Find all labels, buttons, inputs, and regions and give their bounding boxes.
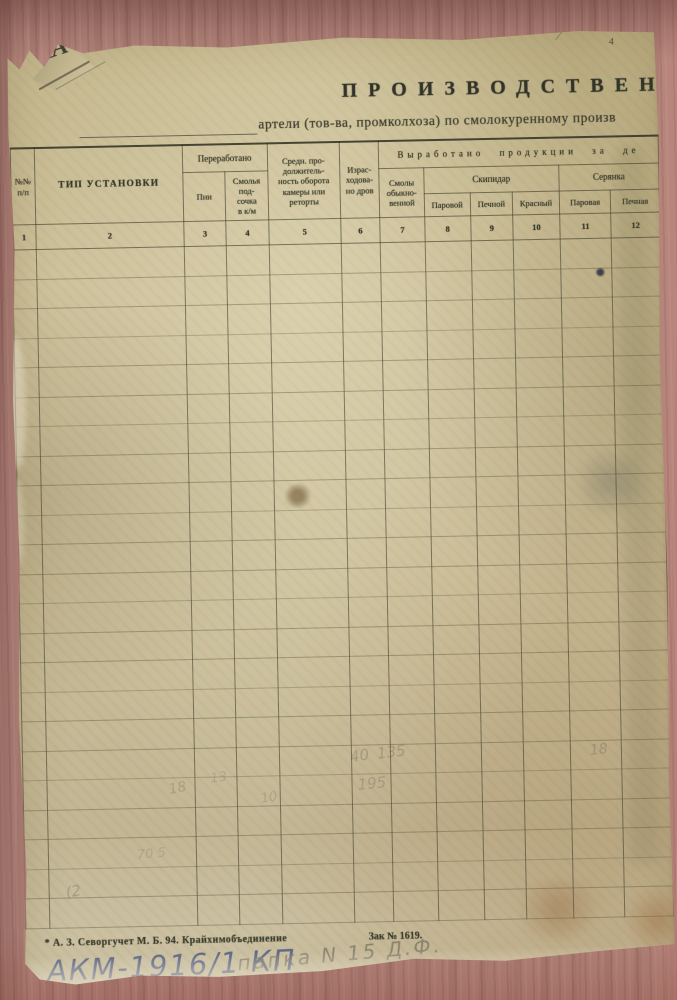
- body-cell: [480, 712, 523, 742]
- body-cell: [354, 862, 394, 892]
- body-cell: [343, 361, 383, 391]
- body-cell: [471, 240, 514, 270]
- body-cell: [25, 898, 50, 928]
- body-cell: [233, 569, 276, 599]
- body-cell: [187, 393, 230, 423]
- body-cell: [190, 570, 233, 600]
- body-cell: [15, 397, 40, 427]
- body-cell: [273, 450, 346, 481]
- body-cell: [43, 601, 191, 633]
- body-cell: [472, 299, 515, 329]
- body-cell: [353, 833, 393, 863]
- body-cell: [21, 662, 46, 692]
- body-cell: [46, 748, 194, 780]
- body-cell: [20, 633, 45, 663]
- body-cell: [572, 857, 624, 888]
- body-cell: [186, 364, 229, 394]
- body-cell: [269, 243, 342, 274]
- col-header-firewood: Израс- ходова- но дров: [339, 141, 380, 218]
- body-cell: [481, 741, 524, 771]
- body-cell: [484, 889, 527, 919]
- body-cell: [425, 241, 471, 271]
- body-cell: [432, 565, 478, 595]
- body-cell: [614, 355, 663, 385]
- body-cell: [615, 414, 664, 444]
- body-cell: [473, 358, 516, 388]
- body-cell: [612, 267, 661, 297]
- body-cell: [46, 718, 194, 750]
- body-cell: [18, 544, 43, 574]
- body-cell: [13, 309, 38, 339]
- body-cell: [392, 832, 437, 862]
- body-cell: [272, 420, 345, 451]
- body-cell: [433, 624, 479, 654]
- body-cell: [430, 477, 476, 507]
- body-cell: [482, 800, 525, 830]
- body-cell: [572, 828, 624, 859]
- body-cell: [562, 356, 614, 387]
- body-cell: [477, 535, 520, 565]
- body-cell: [563, 385, 615, 416]
- body-cell: [45, 689, 193, 721]
- body-cell: [41, 483, 189, 515]
- body-cell: [568, 651, 620, 682]
- body-cell: [571, 798, 623, 829]
- body-cell: [471, 269, 514, 299]
- body-cell: [348, 567, 388, 597]
- body-cell: [21, 692, 46, 722]
- body-cell: [518, 445, 565, 475]
- body-cell: [390, 714, 435, 744]
- body-cell: [560, 238, 612, 269]
- body-cell: [270, 302, 343, 333]
- table-body: [12, 237, 673, 928]
- body-cell: [382, 330, 427, 360]
- body-cell: [521, 622, 568, 652]
- body-cell: [387, 566, 432, 596]
- body-cell: [526, 888, 573, 918]
- body-cell: [478, 594, 521, 624]
- body-cell: [618, 561, 667, 591]
- body-cell: [516, 357, 563, 387]
- body-cell: [354, 892, 394, 922]
- body-cell: [37, 276, 185, 308]
- body-cell: [616, 473, 665, 503]
- body-cell: [277, 627, 350, 658]
- body-cell: [477, 564, 520, 594]
- body-cell: [384, 419, 429, 449]
- col-header-turpentine-oven: Печной: [470, 192, 513, 216]
- body-cell: [271, 361, 344, 392]
- body-cell: [232, 540, 275, 570]
- photo-of-document: 1А 4 ПРОИЗВОДСТВЕН артели (тов-ва, промк…: [0, 0, 677, 1000]
- body-cell: [385, 448, 430, 478]
- body-cell: [479, 653, 522, 683]
- body-cell: [281, 863, 354, 894]
- body-cell: [624, 856, 673, 886]
- body-cell: [228, 333, 271, 363]
- body-cell: [522, 652, 569, 682]
- body-cell: [435, 742, 481, 772]
- body-cell: [623, 797, 672, 827]
- form-title: ПРОИЗВОДСТВЕН: [341, 73, 665, 102]
- body-cell: [524, 770, 571, 800]
- body-cell: [520, 563, 567, 593]
- body-cell: [472, 328, 515, 358]
- body-cell: [40, 453, 188, 485]
- body-cell: [573, 887, 625, 918]
- body-cell: [432, 595, 478, 625]
- body-cell: [193, 718, 236, 748]
- body-cell: [525, 829, 572, 859]
- pencil-mark: 10: [260, 789, 279, 806]
- pencil-mark: 18: [589, 741, 608, 759]
- body-cell: [16, 427, 41, 457]
- body-cell: [275, 568, 348, 599]
- body-cell: [622, 738, 671, 768]
- body-cell: [565, 474, 617, 505]
- pencil-mark: (2: [64, 881, 83, 902]
- body-cell: [40, 424, 188, 456]
- body-cell: [188, 452, 231, 482]
- body-cell: [616, 443, 665, 473]
- col-header-number: №№ п/п: [10, 148, 36, 225]
- body-cell: [515, 328, 562, 358]
- body-cell: [349, 626, 389, 656]
- column-number: 2: [36, 222, 184, 250]
- body-cell: [350, 685, 390, 715]
- body-cell: [38, 335, 186, 367]
- body-cell: [566, 533, 618, 564]
- body-cell: [190, 541, 233, 571]
- body-cell: [429, 447, 475, 477]
- group-header-turpentine: Скипидар: [424, 165, 560, 194]
- body-cell: [391, 773, 436, 803]
- body-cell: [280, 774, 353, 805]
- body-cell: [393, 861, 438, 891]
- body-cell: [475, 476, 518, 506]
- body-cell: [346, 508, 386, 538]
- body-cell: [427, 359, 473, 389]
- body-cell: [428, 388, 474, 418]
- body-cell: [189, 482, 232, 512]
- group-header-seryanka: Серянка: [559, 163, 660, 191]
- body-cell: [280, 804, 353, 835]
- body-cell: [561, 297, 613, 328]
- body-cell: [393, 891, 438, 921]
- body-cell: [562, 326, 614, 357]
- body-cell: [388, 625, 433, 655]
- body-cell: [383, 360, 428, 390]
- body-cell: [438, 890, 484, 920]
- body-cell: [386, 507, 431, 537]
- body-cell: [435, 713, 481, 743]
- body-cell: [346, 479, 386, 509]
- body-cell: [238, 835, 281, 865]
- group-header-processed: Переработано: [182, 143, 268, 172]
- body-cell: [232, 510, 275, 540]
- body-cell: [385, 478, 430, 508]
- body-cell: [274, 479, 347, 510]
- body-cell: [430, 506, 476, 536]
- body-cell: [565, 503, 617, 534]
- body-cell: [480, 682, 523, 712]
- body-cell: [237, 746, 280, 776]
- body-cell: [19, 574, 44, 604]
- body-cell: [39, 365, 187, 397]
- body-cell: [43, 571, 191, 603]
- body-cell: [227, 245, 270, 275]
- body-cell: [513, 239, 560, 269]
- column-number: 6: [341, 218, 381, 244]
- body-cell: [437, 860, 483, 890]
- body-cell: [478, 623, 521, 653]
- body-cell: [271, 332, 344, 363]
- body-cell: [525, 799, 572, 829]
- body-cell: [270, 273, 343, 304]
- body-cell: [185, 305, 228, 335]
- col-header-turpentine-red: Красный: [512, 191, 559, 215]
- body-cell: [230, 392, 273, 422]
- pencil-mark: 13: [210, 770, 228, 787]
- body-cell: [229, 363, 272, 393]
- body-cell: [345, 449, 385, 479]
- body-cell: [620, 679, 669, 709]
- body-cell: [282, 892, 355, 923]
- body-cell: [519, 534, 566, 564]
- column-number: 7: [380, 217, 425, 243]
- body-cell: [386, 537, 431, 567]
- body-cell: [234, 599, 277, 629]
- body-cell: [274, 509, 347, 540]
- body-cell: [39, 394, 187, 426]
- body-cell: [277, 656, 350, 687]
- body-cell: [619, 620, 668, 650]
- body-cell: [234, 628, 277, 658]
- body-cell: [24, 839, 49, 869]
- body-cell: [343, 331, 383, 361]
- body-cell: [351, 715, 391, 745]
- body-cell: [526, 858, 573, 888]
- pencil-mark: 40: [349, 745, 371, 766]
- body-cell: [517, 416, 564, 446]
- body-cell: [429, 418, 475, 448]
- document-sheet: 1А 4 ПРОИЗВОДСТВЕН артели (тов-ва, промк…: [5, 27, 676, 988]
- body-cell: [561, 267, 613, 298]
- body-cell: [523, 740, 570, 770]
- page-number: 4: [608, 36, 614, 47]
- body-cell: [184, 275, 227, 305]
- body-cell: [613, 296, 662, 326]
- col-header-tar-ordinary: Смолы обыкно- венной: [379, 168, 425, 218]
- body-cell: [239, 864, 282, 894]
- body-cell: [625, 886, 674, 916]
- body-cell: [42, 512, 190, 544]
- col-header-cycle-duration: Средн. про- должитель- ность оборота кам…: [267, 142, 341, 220]
- body-cell: [192, 659, 235, 689]
- column-number: 10: [513, 214, 560, 240]
- pencil-mark: 135: [376, 741, 407, 762]
- column-number: 8: [425, 216, 471, 242]
- body-cell: [620, 650, 669, 680]
- body-cell: [278, 715, 351, 746]
- pencil-mark: 70 5: [136, 846, 166, 864]
- body-cell: [238, 805, 281, 835]
- body-cell: [437, 831, 483, 861]
- body-cell: [570, 710, 622, 741]
- column-number: 3: [183, 221, 226, 247]
- body-cell: [231, 481, 274, 511]
- body-cell: [236, 717, 279, 747]
- body-cell: [189, 511, 232, 541]
- column-number: 4: [226, 220, 269, 246]
- col-header-turpentine-steam: Паровой: [424, 193, 470, 217]
- body-cell: [568, 621, 620, 652]
- body-cell: [433, 654, 479, 684]
- body-cell: [436, 801, 482, 831]
- body-cell: [228, 304, 271, 334]
- body-cell: [18, 515, 43, 545]
- body-cell: [42, 542, 190, 574]
- body-cell: [197, 895, 240, 925]
- body-cell: [474, 387, 517, 417]
- body-cell: [431, 536, 477, 566]
- body-cell: [564, 444, 616, 475]
- body-cell: [14, 338, 39, 368]
- body-cell: [392, 802, 437, 832]
- faint-pencil-entries: /134013518181951070 5(2: [5, 27, 657, 40]
- body-cell: [381, 271, 426, 301]
- body-cell: [518, 475, 565, 505]
- pencil-mark: 18: [167, 779, 188, 798]
- body-cell: [436, 772, 482, 802]
- body-cell: [426, 300, 472, 330]
- body-cell: [515, 298, 562, 328]
- body-cell: [483, 859, 526, 889]
- body-cell: [44, 630, 192, 662]
- body-cell: [17, 485, 42, 515]
- body-cell: [13, 279, 38, 309]
- body-cell: [279, 745, 352, 776]
- body-cell: [342, 302, 382, 332]
- production-table: №№ п/п ТИП УСТАНОВКИ Переработано Средн.…: [10, 135, 675, 929]
- body-cell: [23, 780, 48, 810]
- body-cell: [186, 334, 229, 364]
- body-cell: [230, 422, 273, 452]
- body-cell: [389, 684, 434, 714]
- body-cell: [426, 270, 472, 300]
- body-cell: [38, 306, 186, 338]
- column-number: 11: [560, 213, 612, 239]
- body-cell: [514, 269, 561, 299]
- col-header-resin-tapping: Смолья под- сочка в к/м: [225, 171, 268, 221]
- body-cell: [278, 686, 351, 717]
- body-cell: [476, 505, 519, 535]
- body-cell: [523, 711, 570, 741]
- body-cell: [192, 629, 235, 659]
- pencil-mark: /: [555, 28, 562, 44]
- column-number: 5: [268, 218, 341, 244]
- body-cell: [481, 771, 524, 801]
- body-cell: [191, 600, 234, 630]
- body-cell: [281, 833, 354, 864]
- body-cell: [617, 502, 666, 532]
- body-cell: [187, 423, 230, 453]
- body-cell: [22, 751, 47, 781]
- body-cell: [196, 836, 239, 866]
- body-cell: [622, 768, 671, 798]
- body-cell: [383, 389, 428, 419]
- body-cell: [231, 451, 274, 481]
- body-cell: [235, 687, 278, 717]
- body-cell: [16, 456, 41, 486]
- body-cell: [196, 865, 239, 895]
- form-subtitle: артели (тов-ва, промколхоза) по смолокур…: [258, 109, 616, 132]
- body-cell: [519, 504, 566, 534]
- body-cell: [623, 827, 672, 857]
- body-cell: [522, 681, 569, 711]
- body-cell: [184, 246, 227, 276]
- column-number: 12: [611, 212, 660, 238]
- body-cell: [272, 391, 345, 422]
- body-cell: [344, 390, 384, 420]
- body-cell: [615, 384, 664, 414]
- body-cell: [387, 596, 432, 626]
- body-cell: [520, 593, 567, 623]
- pencil-mark: 195: [357, 773, 387, 794]
- body-cell: [483, 830, 526, 860]
- body-cell: [474, 417, 517, 447]
- body-cell: [25, 869, 50, 899]
- body-cell: [571, 769, 623, 800]
- artel-name-blank-line: [80, 134, 258, 139]
- col-header-stumps: Пни: [182, 172, 226, 222]
- col-header-installation-type: ТИП УСТАНОВКИ: [34, 145, 183, 224]
- body-cell: [380, 242, 425, 272]
- body-cell: [567, 592, 619, 623]
- body-cell: [227, 274, 270, 304]
- body-cell: [240, 894, 283, 924]
- body-cell: [349, 656, 389, 686]
- col-header-seryanka-steam: Паровая: [559, 190, 611, 214]
- body-cell: [15, 368, 40, 398]
- body-cell: [617, 532, 666, 562]
- body-cell: [24, 810, 49, 840]
- column-number: 9: [470, 215, 513, 241]
- body-cell: [235, 658, 278, 688]
- body-cell: [569, 680, 621, 711]
- body-cell: [45, 659, 193, 691]
- body-cell: [36, 247, 184, 279]
- body-cell: [567, 562, 619, 593]
- body-cell: [427, 329, 473, 359]
- body-cell: [475, 446, 518, 476]
- body-cell: [347, 538, 387, 568]
- body-cell: [342, 272, 382, 302]
- body-cell: [19, 603, 44, 633]
- column-number: 1: [12, 225, 37, 250]
- body-cell: [619, 591, 668, 621]
- body-cell: [276, 597, 349, 628]
- body-cell: [12, 250, 37, 280]
- body-cell: [613, 326, 662, 356]
- body-cell: [345, 420, 385, 450]
- body-cell: [516, 387, 563, 417]
- body-cell: [612, 237, 661, 267]
- body-cell: [348, 597, 388, 627]
- body-cell: [352, 803, 392, 833]
- body-cell: [382, 301, 427, 331]
